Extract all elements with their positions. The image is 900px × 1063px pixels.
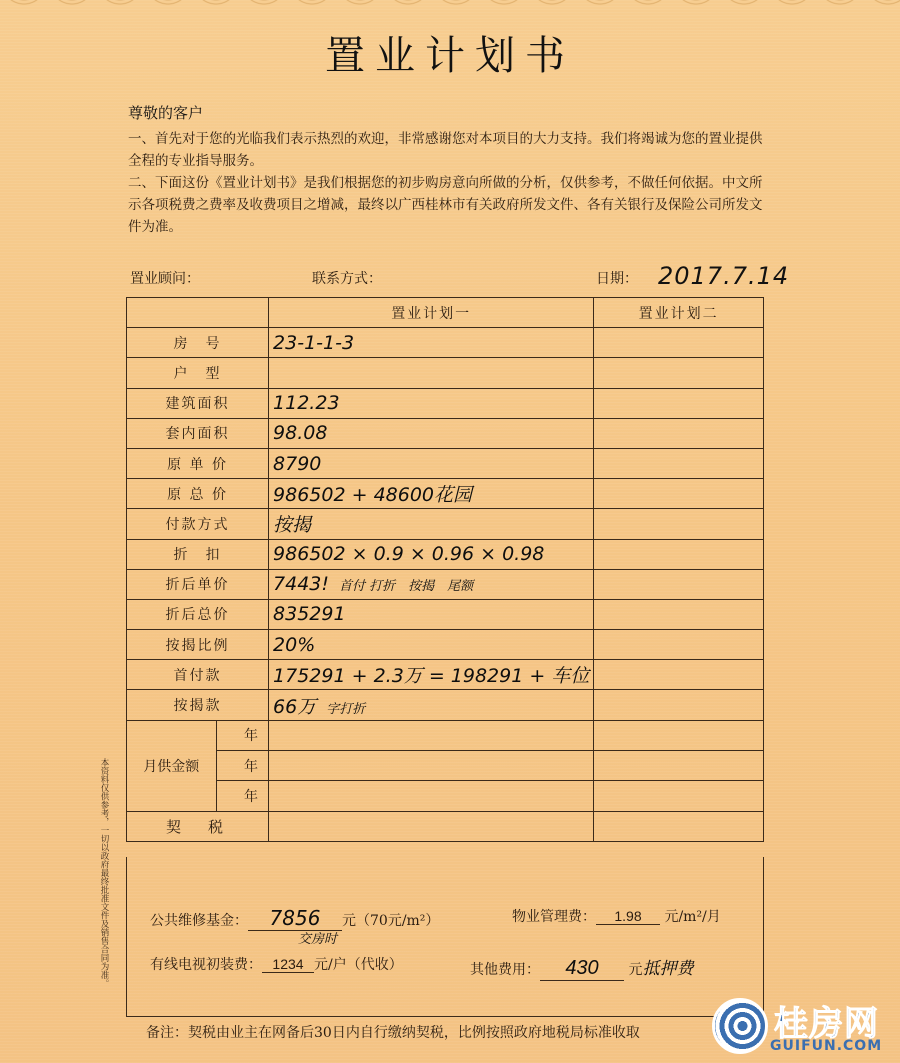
plan-1-cell: 8790 — [269, 448, 594, 478]
plan-1-value: 986502 + 48600花园 — [273, 484, 472, 506]
plan-1-cell: 23-1-1-3 — [269, 328, 594, 358]
side-disclaimer: 本资料仅供参考，一切以政府最终批准文件及销售合同为准。 — [95, 758, 109, 1028]
row-label: 房 号 — [127, 328, 269, 358]
plan-2-cell — [594, 690, 764, 720]
plan-1-cell — [269, 358, 594, 388]
table-row: 房 号23-1-1-3 — [127, 328, 764, 358]
deed-tax-label: 契 税 — [127, 811, 269, 841]
monthly-plan-2 — [594, 720, 764, 750]
cable-label: 有线电视初装费： — [150, 957, 262, 973]
table-row: 户 型 — [127, 358, 764, 388]
plan-1-cell: 按揭 — [269, 509, 594, 539]
plan-1-cell: 175291 + 2.3万 = 198291 + 车位 — [269, 660, 594, 690]
plan-2-cell — [594, 630, 764, 660]
year-unit: 年 — [216, 751, 268, 781]
table-row: 套内面积98.08 — [127, 418, 764, 448]
monthly-plan-1 — [269, 781, 594, 811]
maintenance-label: 公共维修基金： — [150, 913, 248, 929]
plan-1-value: 112.23 — [273, 392, 339, 414]
table-row: 建筑面积112.23 — [127, 388, 764, 418]
table-row: 按揭款66万字打折 — [127, 690, 764, 720]
plan-2-cell — [594, 328, 764, 358]
deed-tax-plan-2 — [594, 811, 764, 841]
table-header-row: 置业计划一 置业计划二 — [127, 298, 764, 328]
row-label: 原 单 价 — [127, 448, 269, 478]
row-label: 套内面积 — [127, 418, 269, 448]
cable-tv-field: 有线电视初装费：1234元/户（代收） — [150, 954, 403, 974]
monthly-plan-2 — [594, 750, 764, 780]
header-plan-1: 置业计划一 — [269, 298, 594, 328]
plan-2-cell — [594, 539, 764, 569]
plan-1-cell: 98.08 — [269, 418, 594, 448]
plan-2-cell — [594, 660, 764, 690]
row-label: 折后单价 — [127, 569, 269, 599]
property-value: 1.98 — [596, 908, 660, 925]
plan-1-cell: 7443!首付 打折 按揭 尾额 — [269, 569, 594, 599]
plan-1-cell: 20% — [269, 630, 594, 660]
plan-2-cell — [594, 509, 764, 539]
plan-1-note: 首付 打折 按揭 尾额 — [339, 579, 473, 594]
monthly-label: 月供金额 — [127, 721, 216, 811]
monthly-row: 月供金额年年年 — [127, 720, 764, 750]
other-note: 抵押费 — [642, 959, 693, 979]
decorative-border — [0, 0, 900, 18]
plan-1-value: 20% — [273, 634, 315, 656]
plan-1-value: 98.08 — [273, 422, 327, 444]
year-unit: 年 — [216, 781, 268, 811]
other-unit: 元 — [628, 962, 642, 978]
advisor-field: 置业顾问： — [130, 268, 200, 288]
plan-1-value: 986502 × 0.9 × 0.96 × 0.98 — [273, 543, 544, 565]
row-label: 首付款 — [127, 660, 269, 690]
cable-value: 1234 — [262, 956, 314, 973]
row-label: 户 型 — [127, 358, 269, 388]
greeting: 尊敬的客户 — [128, 102, 203, 123]
monthly-plan-1 — [269, 750, 594, 780]
row-label: 原 总 价 — [127, 479, 269, 509]
maintenance-note: 交房时 — [298, 928, 337, 947]
deed-tax-plan-1 — [269, 811, 594, 841]
property-fee-field: 物业管理费：1.98 元/m²/月 — [512, 906, 721, 926]
plan-1-cell: 66万字打折 — [269, 690, 594, 720]
other-value: 430 — [540, 957, 624, 981]
year-unit: 年 — [216, 721, 268, 751]
plan-1-value: 23-1-1-3 — [273, 332, 354, 354]
row-label: 折 扣 — [127, 539, 269, 569]
property-unit: 元/m²/月 — [664, 909, 720, 925]
table-row: 付款方式按揭 — [127, 509, 764, 539]
table-row: 原 单 价8790 — [127, 448, 764, 478]
row-label: 折后总价 — [127, 599, 269, 629]
maintenance-unit: 元（70元/m²） — [342, 913, 439, 929]
plan-1-value: 175291 + 2.3万 = 198291 + 车位 — [273, 665, 589, 687]
deed-tax-row: 契 税 — [127, 811, 764, 841]
contact-field: 联系方式： — [312, 268, 382, 288]
plan-2-cell — [594, 599, 764, 629]
plan-1-value: 7443! — [273, 573, 329, 595]
fees-box — [126, 857, 764, 1017]
swirl-logo-icon — [712, 998, 768, 1054]
monthly-plan-2 — [594, 781, 764, 811]
row-label: 按揭比例 — [127, 630, 269, 660]
plan-2-cell — [594, 388, 764, 418]
plan-2-cell — [594, 569, 764, 599]
property-label: 物业管理费： — [512, 909, 596, 925]
other-fee-field: 其他费用：430 元抵押费 — [470, 954, 693, 981]
plan-2-cell — [594, 418, 764, 448]
plan-1-cell: 986502 + 48600花园 — [269, 479, 594, 509]
plan-1-value: 835291 — [273, 603, 346, 625]
header-plan-2: 置业计划二 — [594, 298, 764, 328]
plan-1-cell: 112.23 — [269, 388, 594, 418]
table-row: 原 总 价986502 + 48600花园 — [127, 479, 764, 509]
maintenance-fund-field: 公共维修基金：7856元（70元/m²） — [150, 906, 439, 931]
table-row: 折后单价7443!首付 打折 按揭 尾额 — [127, 569, 764, 599]
paragraph-2: 二、下面这份《置业计划书》是我们根据您的初步购房意向所做的分析，仅供参考，不做任… — [128, 172, 768, 238]
plan-2-cell — [594, 358, 764, 388]
monthly-plan-1 — [269, 720, 594, 750]
watermark-logo: 桂房网 GUIFUN.COM — [700, 996, 900, 1060]
table-row: 折后总价835291 — [127, 599, 764, 629]
header-blank — [127, 298, 269, 328]
plan-1-cell: 986502 × 0.9 × 0.96 × 0.98 — [269, 539, 594, 569]
table-row: 首付款175291 + 2.3万 = 198291 + 车位 — [127, 660, 764, 690]
paragraph-1: 一、首先对于您的光临我们表示热烈的欢迎，非常感谢您对本项目的大力支持。我们将竭诚… — [128, 128, 768, 172]
plan-1-note: 字打折 — [326, 702, 365, 717]
plan-1-value: 8790 — [273, 453, 321, 475]
table-row: 按揭比例20% — [127, 630, 764, 660]
advisor-label: 置业顾问： — [130, 271, 200, 287]
date-label: 日期： — [596, 271, 638, 287]
row-label: 建筑面积 — [127, 388, 269, 418]
table-row: 折 扣986502 × 0.9 × 0.96 × 0.98 — [127, 539, 764, 569]
other-label: 其他费用： — [470, 962, 540, 978]
document-title: 置业计划书 — [0, 24, 900, 81]
row-label: 按揭款 — [127, 690, 269, 720]
plan-2-cell — [594, 479, 764, 509]
plan-1-value: 按揭 — [273, 514, 311, 536]
plan-2-cell — [594, 448, 764, 478]
watermark-en: GUIFUN.COM — [770, 1038, 882, 1054]
plan-1-value: 66万 — [273, 696, 316, 718]
plan-table: 置业计划一 置业计划二 房 号23-1-1-3户 型建筑面积112.23套内面积… — [126, 297, 764, 842]
date-field: 日期： — [596, 268, 638, 288]
date-value: 2017.7.14 — [658, 262, 789, 290]
remark: 备注：契税由业主在网备后30日内自行缴纳契税，比例按照政府地税局标准收取 — [146, 1022, 640, 1042]
row-label: 付款方式 — [127, 509, 269, 539]
monthly-label-cell: 月供金额年年年 — [127, 720, 269, 811]
contact-label: 联系方式： — [312, 271, 382, 287]
cable-unit: 元/户（代收） — [314, 957, 403, 973]
plan-1-cell: 835291 — [269, 599, 594, 629]
